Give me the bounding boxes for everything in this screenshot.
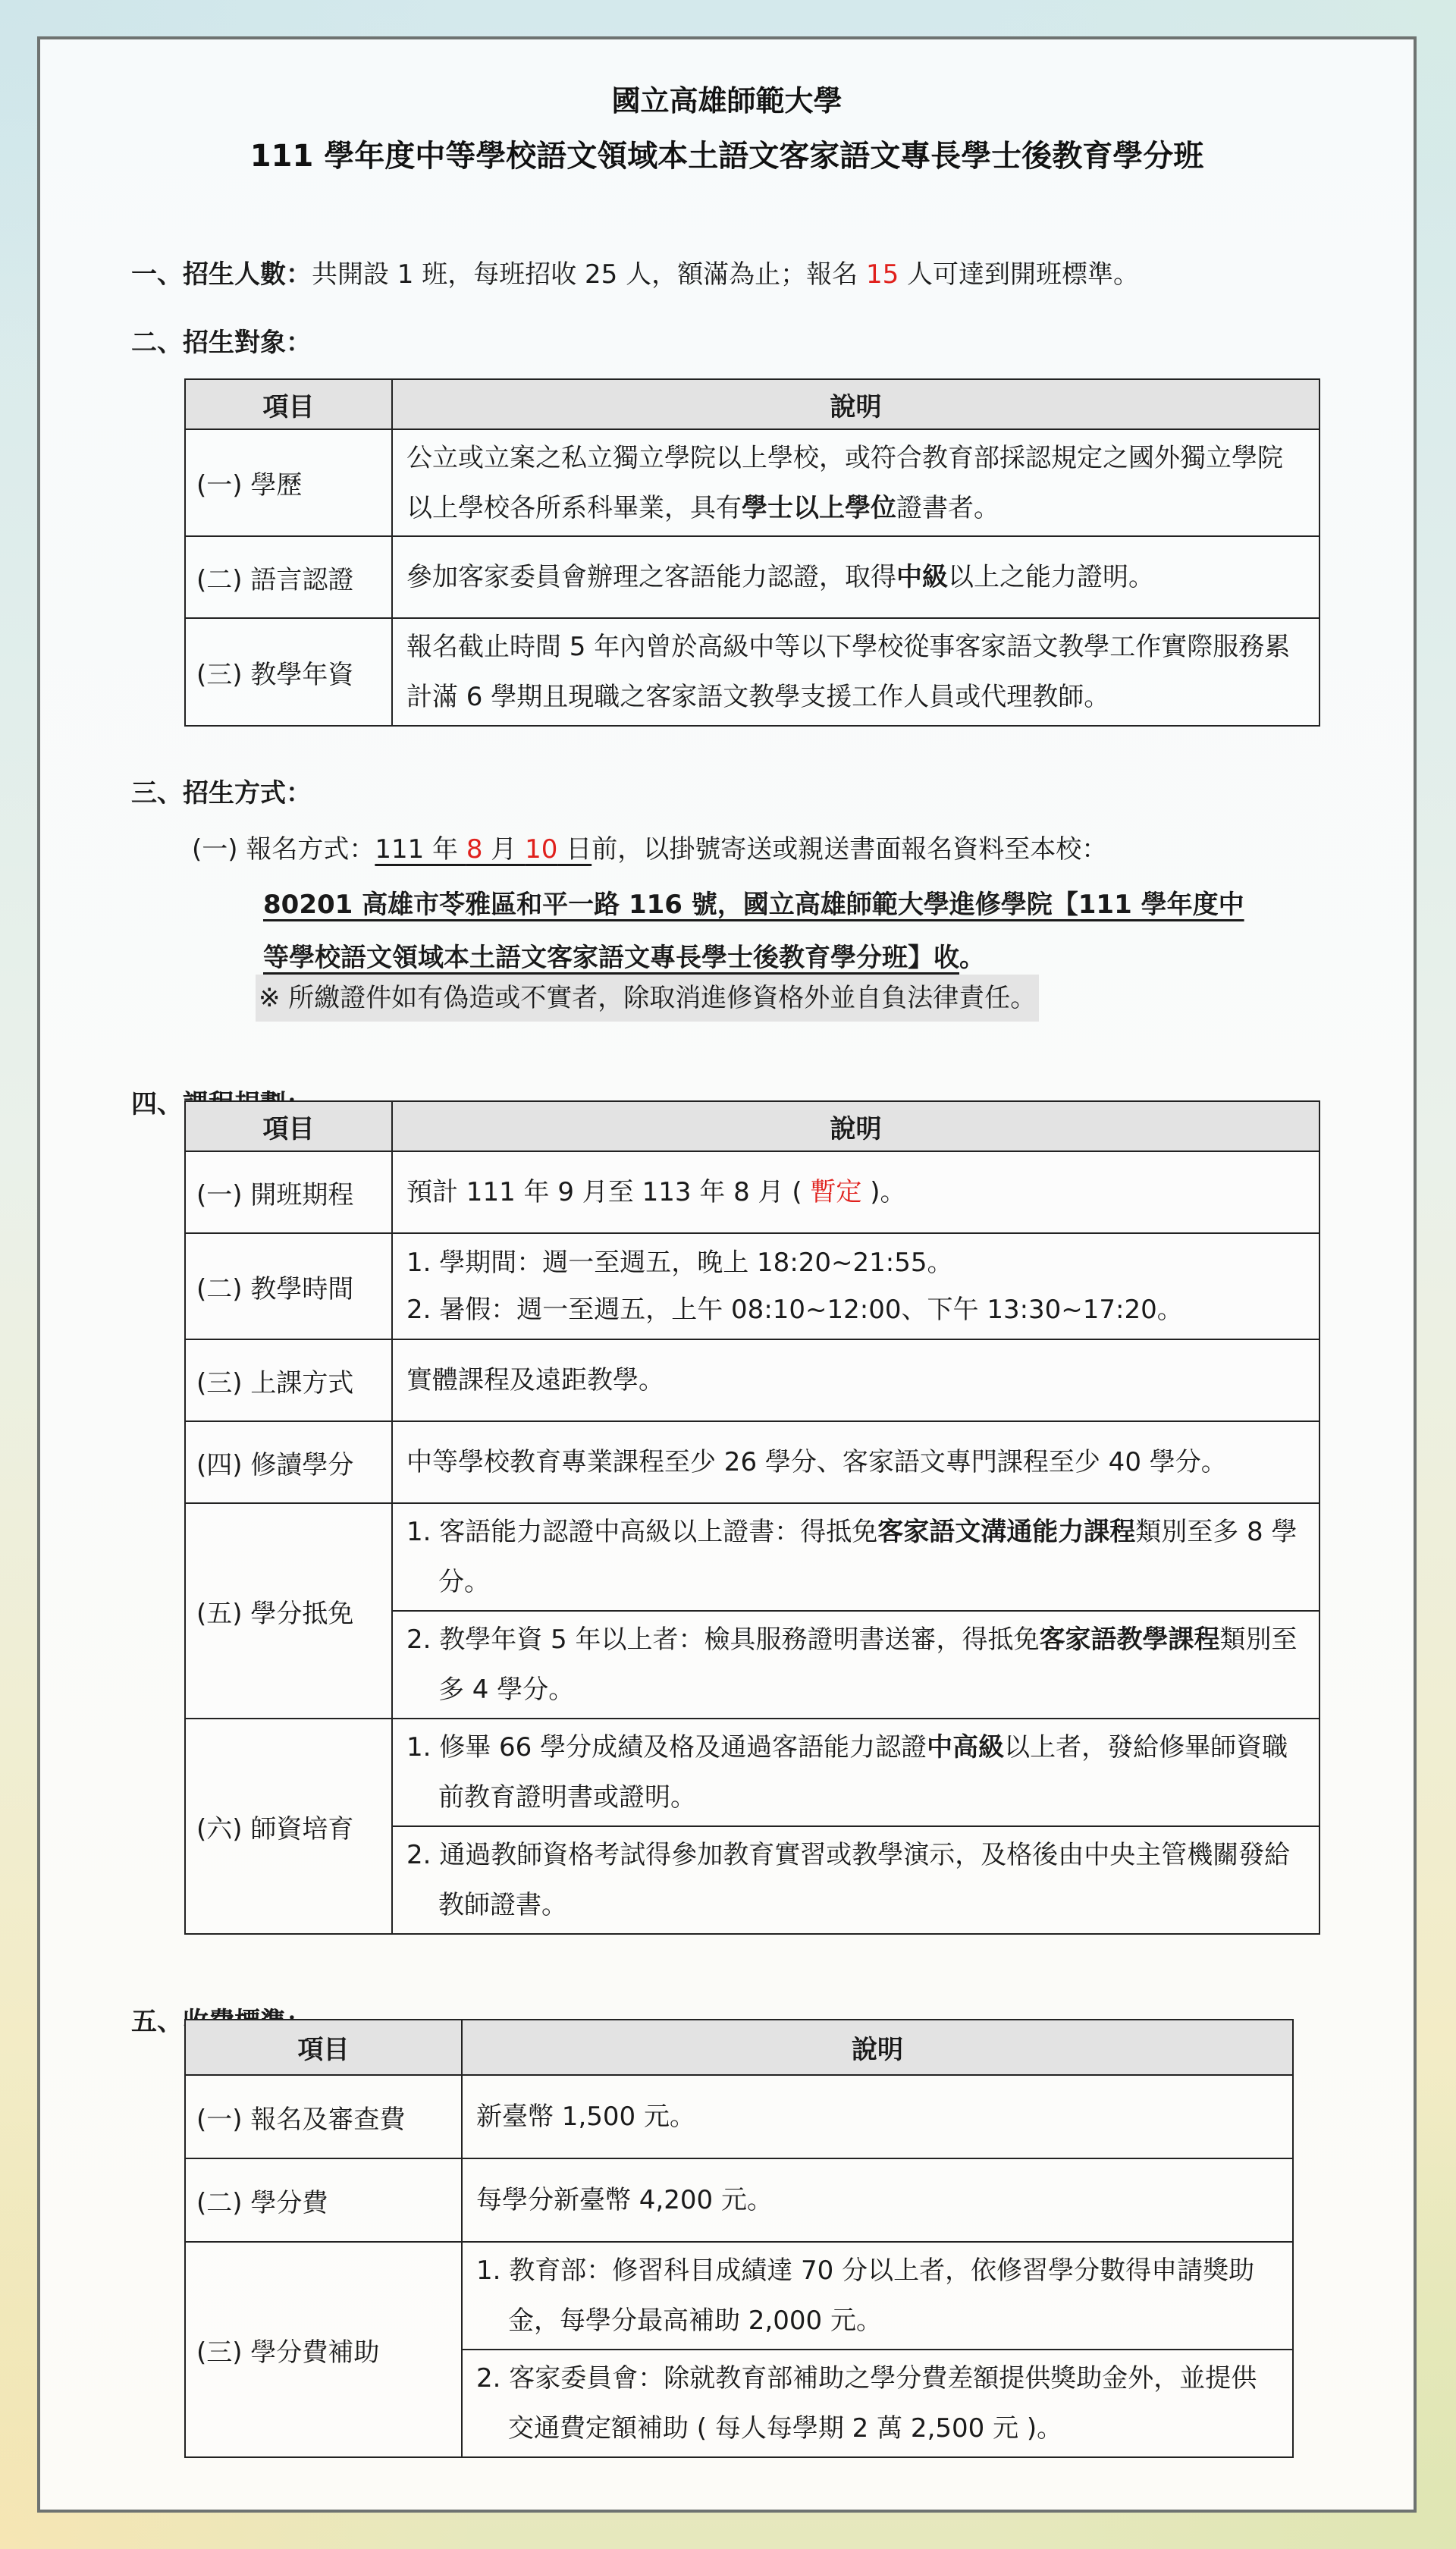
column-header-item: 項目 (185, 379, 392, 429)
table-row: (二) 教學時間 1. 學期間：週一至週五，晚上 18:20~21:55。 2.… (185, 1233, 1319, 1339)
section-heading-application: 三、招生方式： (131, 775, 312, 811)
document-frame: 國立高雄師範大學 111 學年度中等學校語文領域本土語文客家語文專長學士後教育學… (37, 36, 1417, 2513)
section-heading: 一、招生人數： (131, 259, 312, 290)
section-enrollment-count: 一、招生人數：共開設 1 班，每班招收 25 人，額滿為止；報名 15 人可達到… (131, 256, 1139, 293)
column-header-description: 說明 (392, 379, 1319, 429)
table-row: (二) 語言認證 參加客家委員會辦理之客語能力認證，取得中級以上之能力證明。 (185, 536, 1319, 618)
registration-fee: 新臺幣 1,500 元。 (462, 2075, 1293, 2158)
row-item-label: (一) 學歷 (185, 429, 392, 536)
table-header-row: 項目 說明 (185, 1101, 1319, 1151)
forgery-notice: ※ 所繳證件如有偽造或不實者，除取消進修資格外並自負法律責任。 (256, 975, 1039, 1022)
program-title: 111 學年度中等學校語文領域本土語文客家語文專長學士後教育學分班 (40, 132, 1414, 175)
section-heading-eligibility: 二、招生對象： (131, 325, 312, 361)
table-row: (一) 開班期程 預計 111 年 9 月至 113 年 8 月 ( 暫定 )。 (185, 1151, 1319, 1233)
table-row: (四) 修讀學分 中等學校教育專業課程至少 26 學分、客家語文專門課程至少 4… (185, 1421, 1319, 1503)
row-description: 公立或立案之私立獨立學院以上學校，或符合教育部採認規定之國外獨立學院以上學校各所… (392, 429, 1319, 536)
credit-fee: 每學分新臺幣 4,200 元。 (462, 2158, 1293, 2242)
table-header-row: 項目 說明 (185, 2020, 1293, 2075)
table-row: (五) 學分抵免 1. 客語能力認證中高級以上證書：得抵免客家語文溝通能力課程類… (185, 1503, 1319, 1611)
curriculum-table: 項目 說明 (一) 開班期程 預計 111 年 9 月至 113 年 8 月 (… (184, 1100, 1320, 1935)
table-row: (二) 學分費 每學分新臺幣 4,200 元。 (185, 2158, 1293, 2242)
column-header-description: 說明 (462, 2020, 1293, 2075)
table-row: (三) 上課方式 實體課程及遠距教學。 (185, 1339, 1319, 1421)
row-item-label: (三) 教學年資 (185, 618, 392, 726)
table-row: (三) 教學年資 報名截止時間 5 年內曾於高級中等以下學校從事客家語文教學工作… (185, 618, 1319, 726)
min-enrollment-number: 15 (866, 259, 899, 290)
fees-table: 項目 說明 (一) 報名及審查費 新臺幣 1,500 元。 (二) 學分費 每學… (184, 2019, 1294, 2458)
application-deadline: 111 年 8 月 10 日 (375, 834, 591, 865)
application-method: (一) 報名方式：111 年 8 月 10 日前，以掛號寄送或親送書面報名資料至… (192, 823, 1107, 876)
table-row: (六) 師資培育 1. 修畢 66 學分成績及格及通過客語能力認證中高級以上者，… (185, 1719, 1319, 1826)
table-row: (一) 報名及審查費 新臺幣 1,500 元。 (185, 2075, 1293, 2158)
tentative-label: 暫定 (810, 1177, 861, 1207)
row-item-label: (二) 語言認證 (185, 536, 392, 618)
university-name: 國立高雄師範大學 (40, 77, 1414, 119)
eligibility-table: 項目 說明 (一) 學歷 公立或立案之私立獨立學院以上學校，或符合教育部採認規定… (184, 378, 1320, 727)
table-header-row: 項目 說明 (185, 379, 1319, 429)
column-header-item: 項目 (185, 2020, 462, 2075)
row-description: 報名截止時間 5 年內曾於高級中等以下學校從事客家語文教學工作實際服務累計滿 6… (392, 618, 1319, 726)
column-header-description: 說明 (392, 1101, 1319, 1151)
row-description: 參加客家委員會辦理之客語能力認證，取得中級以上之能力證明。 (392, 536, 1319, 618)
mailing-address-line-1: 80201 高雄市苓雅區和平一路 116 號，國立高雄師範大學進修學院【111 … (263, 878, 1244, 931)
column-header-item: 項目 (185, 1101, 392, 1151)
table-row: (一) 學歷 公立或立案之私立獨立學院以上學校，或符合教育部採認規定之國外獨立學… (185, 429, 1319, 536)
table-row: (三) 學分費補助 1. 教育部：修習科目成績達 70 分以上者，依修習學分數得… (185, 2242, 1293, 2350)
